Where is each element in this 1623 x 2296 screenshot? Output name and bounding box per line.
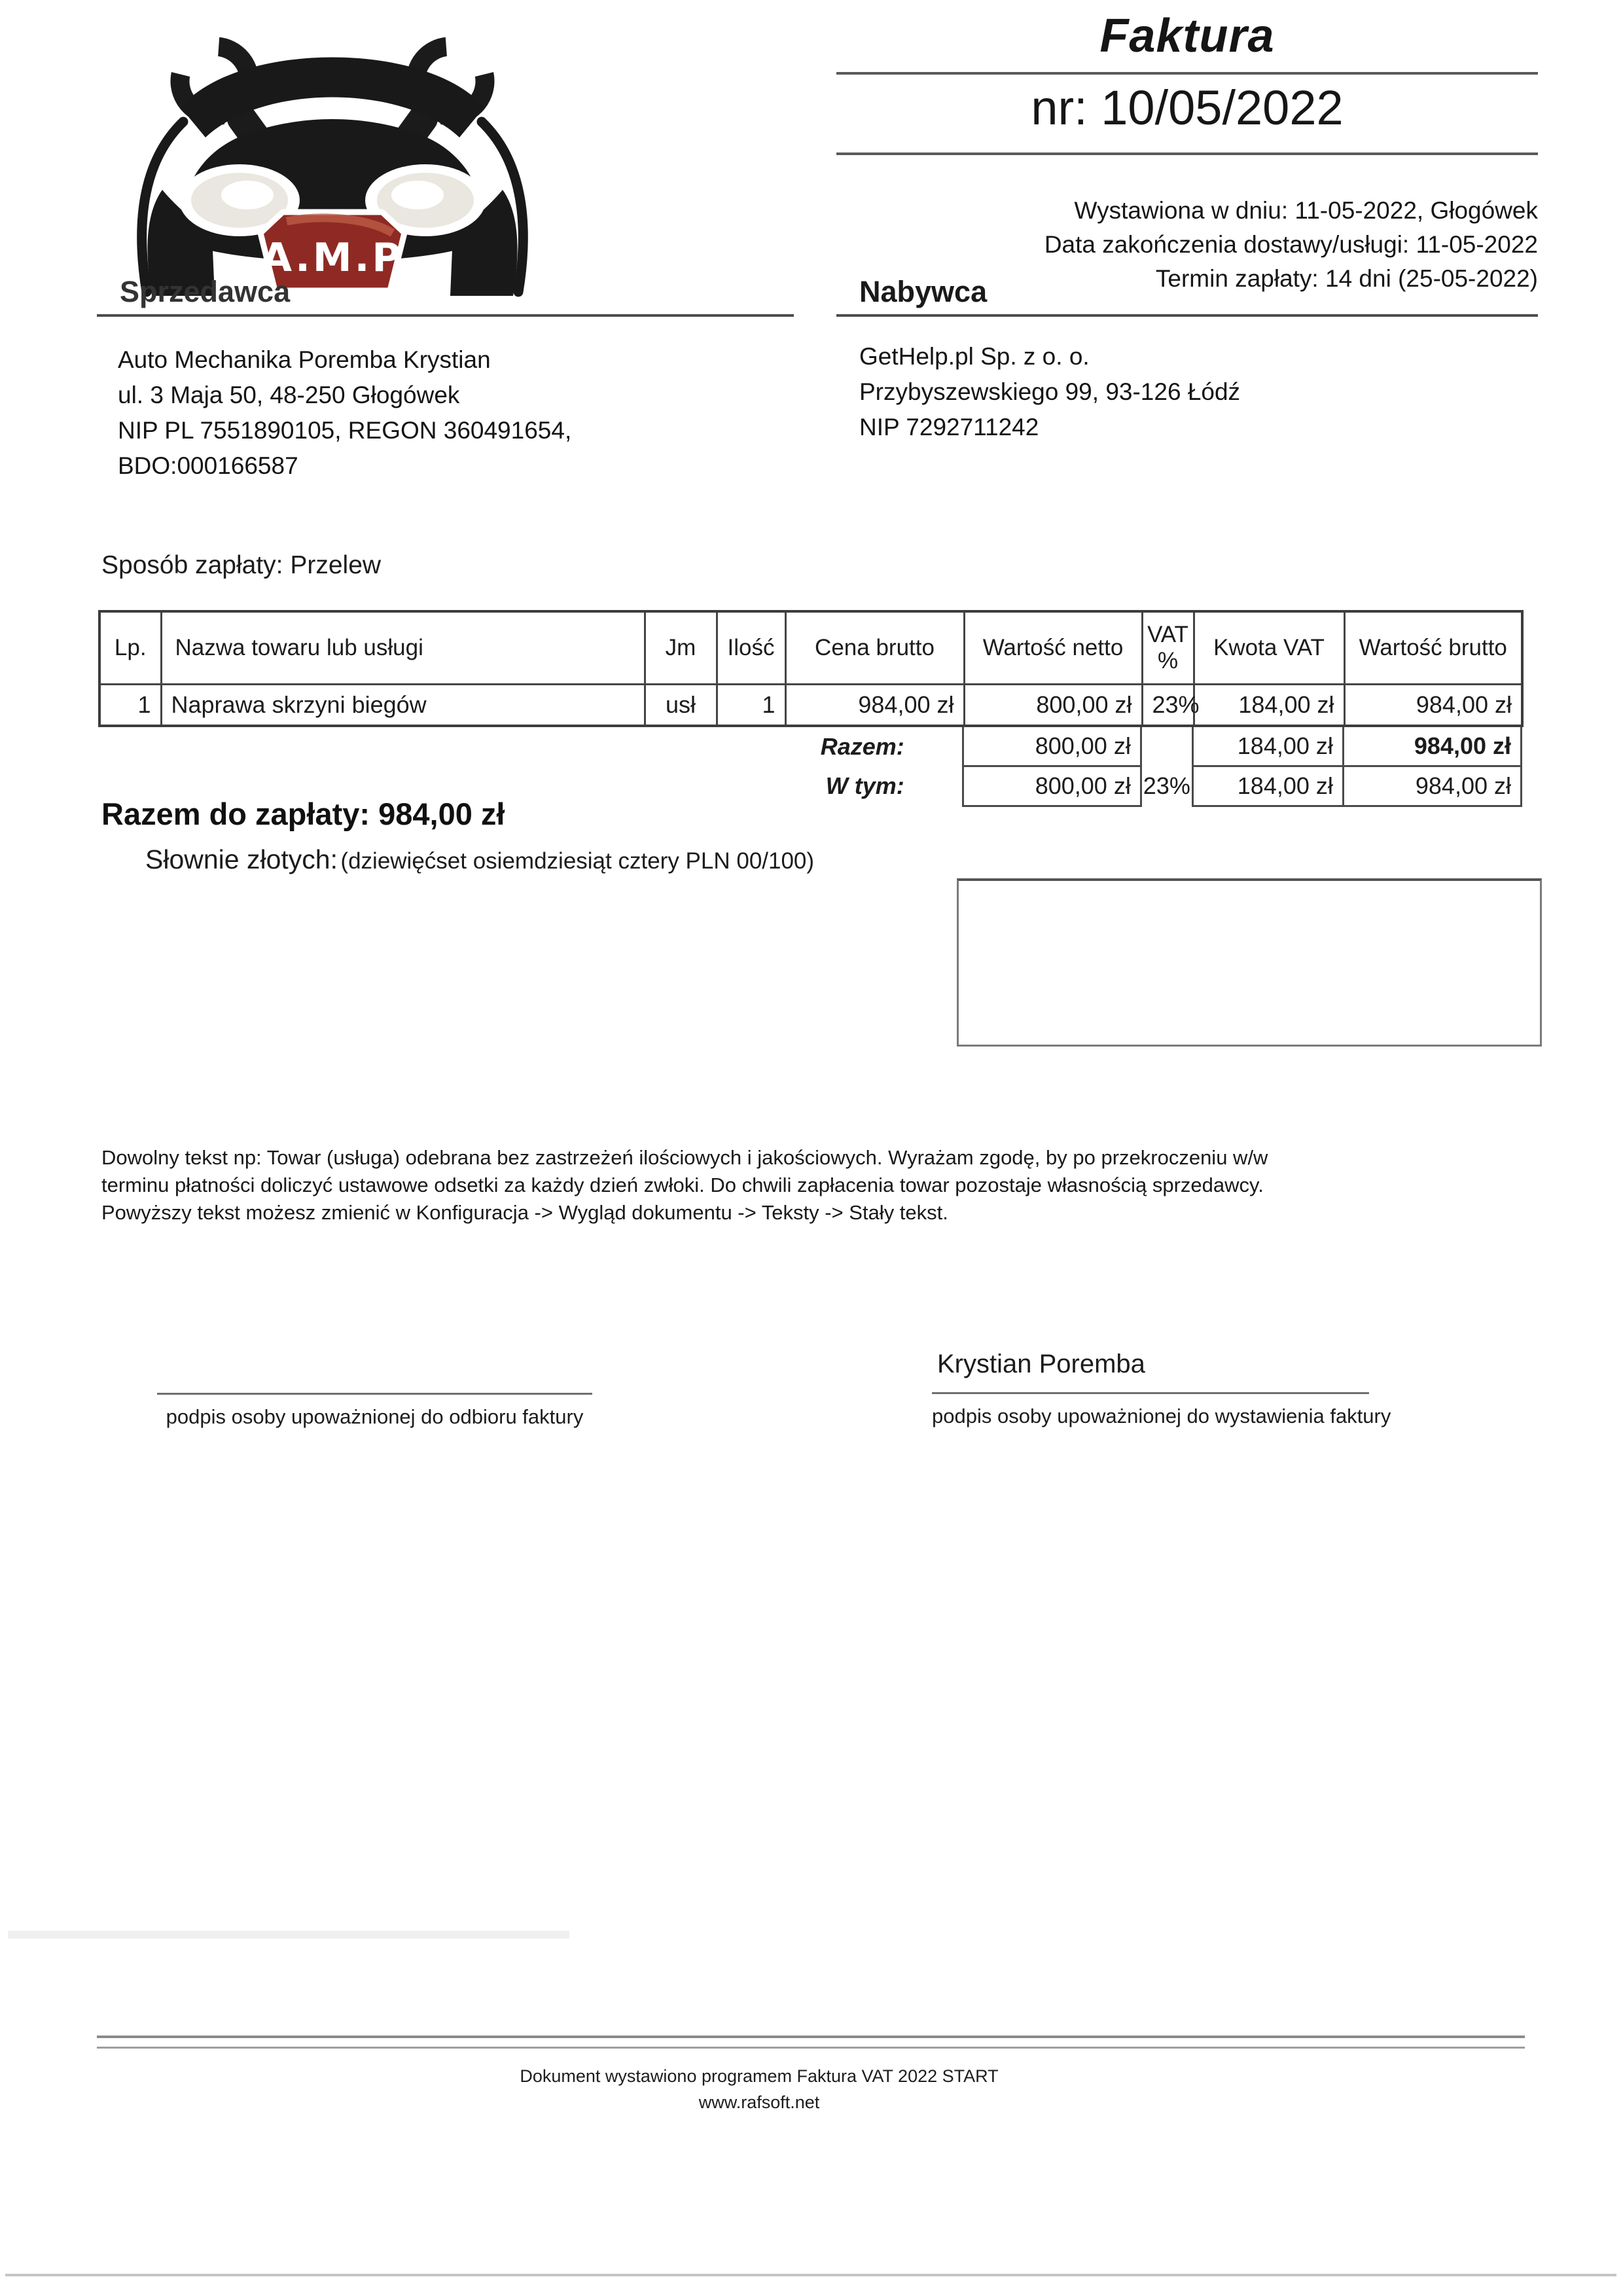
seller-heading: Sprzedawca bbox=[120, 275, 290, 309]
col-header-gross-value: Wartość brutto bbox=[1344, 611, 1522, 685]
razem-gross: 984,00 zł bbox=[1343, 727, 1521, 766]
col-header-vat-amount: Kwota VAT bbox=[1194, 611, 1344, 685]
seller-name: Auto Mechanika Poremba Krystian bbox=[118, 342, 571, 378]
notes-box bbox=[957, 878, 1542, 1047]
items-table-wrap: Lp. Nazwa towaru lub usługi Jm Ilość Cen… bbox=[98, 610, 1522, 807]
buyer-address: GetHelp.pl Sp. z o. o. Przybyszewskiego … bbox=[859, 339, 1240, 445]
invoice-page: A.M.P Faktura nr: 10/05/2022 Wystawiona … bbox=[0, 0, 1623, 2296]
cell-vat: 23% bbox=[1142, 685, 1194, 726]
document-title: Faktura bbox=[836, 9, 1538, 63]
col-header-name: Nazwa towaru lub usługi bbox=[161, 611, 645, 685]
terms-line: Dowolny tekst np: Towar (usługa) odebran… bbox=[101, 1144, 1268, 1172]
seller-address: Auto Mechanika Poremba Krystian ul. 3 Ma… bbox=[118, 342, 571, 484]
wtym-net: 800,00 zł bbox=[963, 766, 1141, 806]
page-bottom-line bbox=[5, 2274, 1616, 2276]
company-logo: A.M.P bbox=[84, 4, 580, 300]
footer: Dokument wystawiono programem Faktura VA… bbox=[0, 2063, 1518, 2115]
razem-label: Razem: bbox=[784, 727, 963, 766]
cell-jm: usł bbox=[645, 685, 717, 726]
col-header-net-value: Wartość netto bbox=[964, 611, 1142, 685]
invoice-number: nr: 10/05/2022 bbox=[836, 75, 1538, 143]
footer-program-line: Dokument wystawiono programem Faktura VA… bbox=[0, 2063, 1518, 2089]
due-date-line: Termin zapłaty: 14 dni (25-05-2022) bbox=[1044, 262, 1538, 296]
issue-date-line: Wystawiona w dniu: 11-05-2022, Głogówek bbox=[1044, 194, 1538, 228]
col-header-vat: VAT % bbox=[1142, 611, 1194, 685]
cell-net-value: 800,00 zł bbox=[964, 685, 1142, 726]
col-header-lp: Lp. bbox=[99, 611, 161, 685]
signature-left-caption: podpis osoby upoważnionej do odbioru fak… bbox=[157, 1405, 592, 1429]
buyer-street: Przybyszewskiego 99, 93-126 Łódź bbox=[859, 374, 1240, 410]
razem-net: 800,00 zł bbox=[963, 727, 1141, 766]
signature-right-name: Krystian Poremba bbox=[932, 1350, 1369, 1379]
col-header-jm: Jm bbox=[645, 611, 717, 685]
wtym-vat-amount: 184,00 zł bbox=[1192, 766, 1343, 806]
scan-artifact bbox=[8, 1931, 569, 1939]
razem-vat bbox=[1141, 727, 1192, 766]
buyer-heading: Nabywca bbox=[859, 275, 987, 309]
footer-divider bbox=[97, 2036, 1525, 2049]
number-divider bbox=[836, 152, 1538, 155]
items-table: Lp. Nazwa towaru lub usługi Jm Ilość Cen… bbox=[98, 610, 1524, 727]
footer-site-line: www.rafsoft.net bbox=[0, 2089, 1518, 2115]
signature-left: podpis osoby upoważnionej do odbioru fak… bbox=[157, 1393, 592, 1429]
signature-right: Krystian Poremba podpis osoby upoważnion… bbox=[932, 1350, 1369, 1428]
seller-bdo: BDO:000166587 bbox=[118, 448, 571, 484]
buyer-divider bbox=[836, 314, 1538, 317]
col-header-qty: Ilość bbox=[717, 611, 785, 685]
terms-line: Powyższy tekst możesz zmienić w Konfigur… bbox=[101, 1199, 1268, 1227]
table-row: 1 Naprawa skrzyni biegów usł 1 984,00 zł… bbox=[99, 685, 1522, 726]
col-header-gross-price: Cena brutto bbox=[785, 611, 964, 685]
summary-razem-row: Razem: 800,00 zł 184,00 zł 984,00 zł bbox=[98, 727, 1522, 766]
cell-gross-price: 984,00 zł bbox=[785, 685, 964, 726]
amount-in-words-label: Słownie złotych: bbox=[145, 844, 338, 874]
seller-nip-regon: NIP PL 7551890105, REGON 360491654, bbox=[118, 413, 571, 448]
amount-in-words: Słownie złotych: (dziewięćset osiemdzies… bbox=[145, 844, 814, 875]
delivery-date-line: Data zakończenia dostawy/usługi: 11-05-2… bbox=[1044, 228, 1538, 262]
seller-divider bbox=[97, 314, 794, 317]
summary-table: Razem: 800,00 zł 184,00 zł 984,00 zł W t… bbox=[98, 727, 1522, 807]
amount-in-words-value: (dziewięćset osiemdziesiąt cztery PLN 00… bbox=[340, 848, 814, 874]
buyer-name: GetHelp.pl Sp. z o. o. bbox=[859, 339, 1240, 374]
wtym-vat: 23% bbox=[1141, 766, 1192, 806]
logo-text: A.M.P bbox=[262, 235, 404, 281]
signature-line bbox=[157, 1393, 592, 1395]
razem-vat-amount: 184,00 zł bbox=[1192, 727, 1343, 766]
wtym-gross: 984,00 zł bbox=[1343, 766, 1521, 806]
title-block: Faktura nr: 10/05/2022 bbox=[836, 9, 1538, 155]
table-header-row: Lp. Nazwa towaru lub usługi Jm Ilość Cen… bbox=[99, 611, 1522, 685]
cell-vat-amount: 184,00 zł bbox=[1194, 685, 1344, 726]
cell-qty: 1 bbox=[717, 685, 785, 726]
cell-gross-value: 984,00 zł bbox=[1344, 685, 1522, 726]
signature-line bbox=[932, 1392, 1369, 1394]
cell-name: Naprawa skrzyni biegów bbox=[161, 685, 645, 726]
terms-line: terminu płatności doliczyć ustawowe odse… bbox=[101, 1172, 1268, 1199]
cell-lp: 1 bbox=[99, 685, 161, 726]
terms-paragraph: Dowolny tekst np: Towar (usługa) odebran… bbox=[101, 1144, 1268, 1227]
buyer-nip: NIP 7292711242 bbox=[859, 410, 1240, 445]
payment-method: Sposób zapłaty: Przelew bbox=[101, 551, 381, 580]
total-due: Razem do zapłaty: 984,00 zł bbox=[101, 796, 505, 832]
seller-street: ul. 3 Maja 50, 48-250 Głogówek bbox=[118, 378, 571, 413]
wtym-label: W tym: bbox=[784, 766, 963, 806]
signature-right-caption: podpis osoby upoważnionej do wystawienia… bbox=[932, 1405, 1369, 1428]
invoice-dates: Wystawiona w dniu: 11-05-2022, Głogówek … bbox=[1044, 194, 1538, 296]
